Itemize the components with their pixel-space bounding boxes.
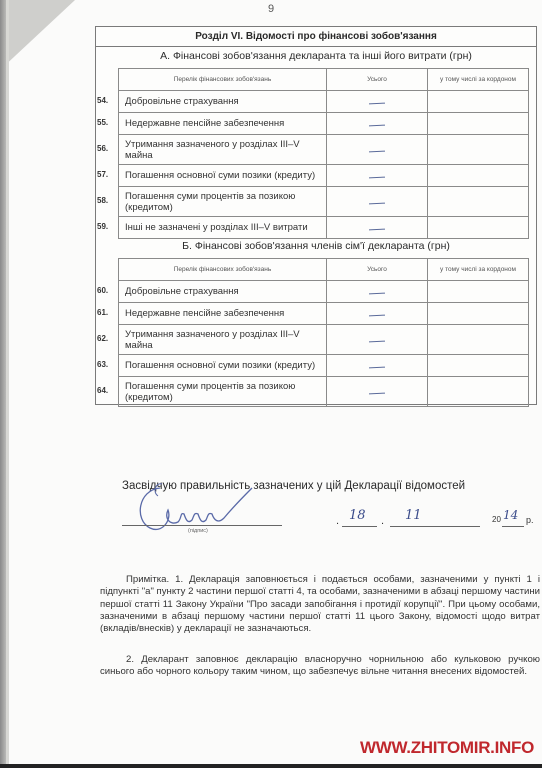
row-number: 64.: [97, 386, 117, 395]
signature-line: [122, 525, 282, 526]
row-total-cell: [327, 187, 428, 217]
row-label: Недержавне пенсійне забезпечення: [125, 308, 284, 319]
page-number: 9: [0, 3, 542, 15]
table-row: 61.Недержавне пенсійне забезпечення: [119, 303, 529, 325]
note-2-text: 2. Декларант заповнює декларацію власнор…: [100, 654, 540, 679]
table-row: 56.Утримання зазначеного у розділах III–…: [119, 135, 529, 165]
handwritten-dash: [369, 203, 385, 205]
row-total-cell: [327, 325, 428, 355]
row-number: 60.: [97, 286, 117, 295]
section-title: Розділ VI. Відомості про фінансові зобов…: [96, 27, 536, 47]
row-label: Недержавне пенсійне забезпечення: [125, 118, 284, 129]
row-abroad-cell: [428, 217, 529, 239]
row-label: Добровільне страхування: [125, 286, 239, 297]
row-abroad-cell: [428, 377, 529, 407]
handwritten-dash: [369, 103, 385, 105]
row-label: Погашення основної суми позики (кредиту): [125, 170, 315, 181]
row-label-cell: 56.Утримання зазначеного у розділах III–…: [119, 135, 327, 165]
row-abroad-cell: [428, 91, 529, 113]
row-label: Погашення суми процентів за позикою (кре…: [125, 191, 295, 213]
note-1-text: Примітка. 1. Декларація заповнюється і п…: [100, 574, 540, 635]
watermark: WWW.ZHITOMIR.INFO: [360, 738, 534, 758]
scan-bottom-edge: [0, 764, 542, 768]
row-abroad-cell: [428, 135, 529, 165]
row-total-cell: [327, 303, 428, 325]
row-number: 56.: [97, 144, 117, 153]
row-total-cell: [327, 91, 428, 113]
date-month-line: [390, 526, 480, 527]
row-abroad-cell: [428, 281, 529, 303]
handwritten-dash: [369, 151, 385, 153]
row-label-cell: 59.Інші не зазначені у розділах III–V ви…: [119, 217, 327, 239]
part-a-table: Перелік фінансових зобов'язань Усього у …: [118, 68, 529, 239]
row-label-cell: 54.Добровільне страхування: [119, 91, 327, 113]
part-b-title: Б. Фінансові зобов'язання членів сім'ї д…: [96, 240, 536, 252]
table-row: 54.Добровільне страхування: [119, 91, 529, 113]
year-line: [502, 526, 524, 527]
row-number: 58.: [97, 196, 117, 205]
row-label-cell: 62.Утримання зазначеного у розділах III–…: [119, 325, 327, 355]
row-abroad-cell: [428, 355, 529, 377]
table-row: 57.Погашення основної суми позики (креди…: [119, 165, 529, 187]
section-vi-box: Розділ VI. Відомості про фінансові зобов…: [95, 26, 537, 405]
handwritten-dash: [369, 367, 385, 369]
row-label-cell: 57.Погашення основної суми позики (креди…: [119, 165, 327, 187]
row-label: Добровільне страхування: [125, 96, 239, 107]
row-total-cell: [327, 217, 428, 239]
row-label-cell: 61.Недержавне пенсійне забезпечення: [119, 303, 327, 325]
table-row: 55.Недержавне пенсійне забезпечення: [119, 113, 529, 135]
date-day: 18: [349, 508, 366, 523]
row-number: 54.: [97, 96, 117, 105]
column-header-total: Усього: [327, 69, 428, 91]
row-label: Погашення суми процентів за позикою (кре…: [125, 381, 295, 403]
row-label: Інші не зазначені у розділах III–V витра…: [125, 222, 308, 233]
row-total-cell: [327, 135, 428, 165]
handwritten-dash: [369, 177, 385, 179]
row-label-cell: 58.Погашення суми процентів за позикою (…: [119, 187, 327, 217]
handwritten-dash: [369, 393, 385, 395]
part-a-title: А. Фінансові зобов'язання декларанта та …: [96, 50, 536, 62]
handwritten-dash: [369, 293, 385, 295]
row-abroad-cell: [428, 113, 529, 135]
signature-label: (підпис): [188, 528, 208, 534]
scan-edge-strip: [6, 0, 9, 768]
date-day-line: [342, 526, 377, 527]
row-total-cell: [327, 355, 428, 377]
row-total-cell: [327, 165, 428, 187]
row-label: Утримання зазначеного у розділах III–V м…: [125, 329, 300, 351]
table-row: 64.Погашення суми процентів за позикою (…: [119, 377, 529, 407]
row-label-cell: 60.Добровільне страхування: [119, 281, 327, 303]
column-header-abroad: у тому числі за кордоном: [428, 259, 529, 281]
row-label-cell: 64.Погашення суми процентів за позикою (…: [119, 377, 327, 407]
row-abroad-cell: [428, 303, 529, 325]
row-abroad-cell: [428, 187, 529, 217]
table-row: 62.Утримання зазначеного у розділах III–…: [119, 325, 529, 355]
row-number: 59.: [97, 222, 117, 231]
handwritten-dash: [369, 315, 385, 317]
row-number: 57.: [97, 170, 117, 179]
column-header-total: Усього: [327, 259, 428, 281]
part-b-table: Перелік фінансових зобов'язань Усього у …: [118, 258, 529, 407]
row-abroad-cell: [428, 325, 529, 355]
table-row: 59.Інші не зазначені у розділах III–V ви…: [119, 217, 529, 239]
row-total-cell: [327, 377, 428, 407]
year-unit: р.: [526, 515, 534, 525]
row-number: 62.: [97, 334, 117, 343]
column-header-list: Перелік фінансових зобов'язань: [119, 69, 327, 91]
row-label-cell: 63.Погашення основної суми позики (креди…: [119, 355, 327, 377]
note-2: 2. Декларант заповнює декларацію власнор…: [100, 654, 540, 679]
row-total-cell: [327, 113, 428, 135]
year-prefix: 20: [492, 515, 501, 524]
row-number: 61.: [97, 308, 117, 317]
date-dot: .: [381, 515, 384, 527]
handwritten-dash: [369, 341, 385, 343]
row-label: Погашення основної суми позики (кредиту): [125, 360, 315, 371]
note-1: Примітка. 1. Декларація заповнюється і п…: [100, 574, 540, 635]
handwritten-dash: [369, 125, 385, 127]
column-header-abroad: у тому числі за кордоном: [428, 69, 529, 91]
table-row: 63.Погашення основної суми позики (креди…: [119, 355, 529, 377]
table-row: 58.Погашення суми процентів за позикою (…: [119, 187, 529, 217]
date-dot: .: [336, 515, 339, 527]
handwritten-dash: [369, 229, 385, 231]
row-number: 55.: [97, 118, 117, 127]
row-abroad-cell: [428, 165, 529, 187]
date-month: 11: [405, 508, 422, 523]
row-label: Утримання зазначеного у розділах III–V м…: [125, 139, 300, 161]
column-header-list: Перелік фінансових зобов'язань: [119, 259, 327, 281]
row-label-cell: 55.Недержавне пенсійне забезпечення: [119, 113, 327, 135]
row-total-cell: [327, 281, 428, 303]
row-number: 63.: [97, 360, 117, 369]
year-suffix: 14: [503, 508, 518, 522]
table-row: 60.Добровільне страхування: [119, 281, 529, 303]
